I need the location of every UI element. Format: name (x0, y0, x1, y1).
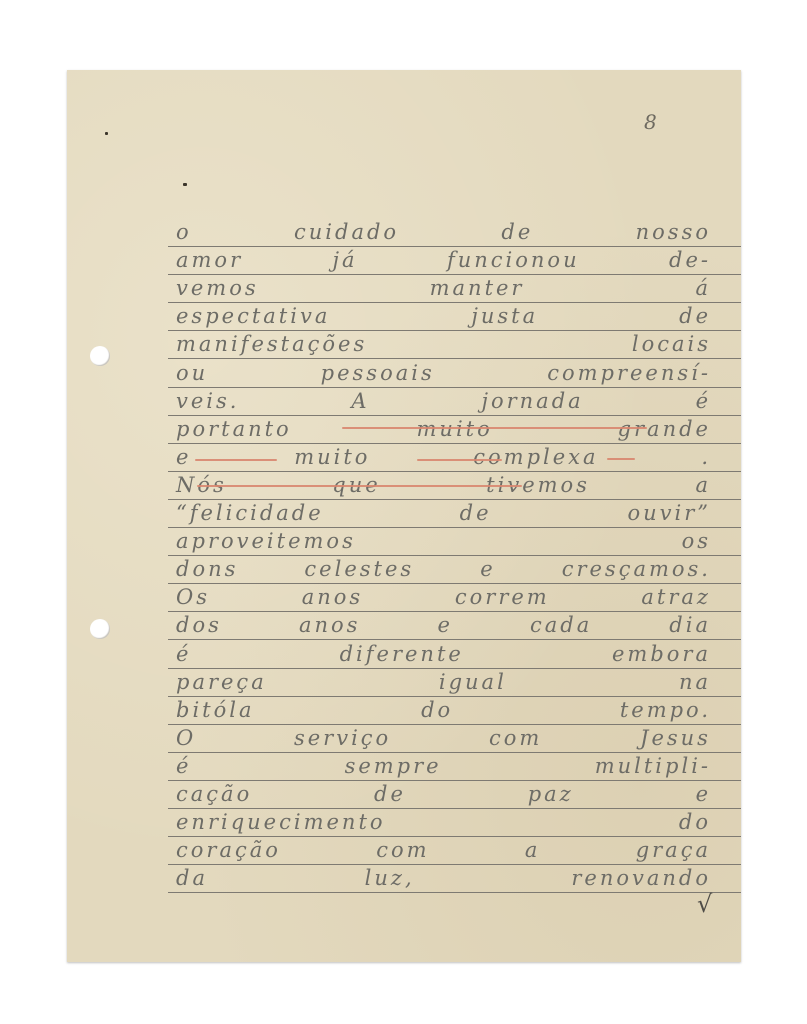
handwritten-word: e (696, 782, 711, 806)
handwritten-word: é (696, 389, 711, 413)
handwritten-word: complexa (473, 445, 598, 469)
handwritten-word: justa (471, 304, 538, 328)
handwritten-word: amor (176, 248, 243, 272)
handwritten-word: embora (612, 642, 711, 666)
handwritten-word: A (351, 389, 369, 413)
handwritten-word: ouvir” (627, 501, 711, 525)
handwritten-word: de (679, 304, 711, 328)
text-line: “felicidadedeouvir” (168, 499, 741, 528)
handwritten-word: “felicidade (176, 501, 324, 525)
text-line: enriquecimentodo (168, 808, 741, 837)
handwritten-word: celestes (304, 557, 414, 581)
handwritten-word: O (176, 726, 196, 750)
handwritten-word: . (701, 445, 711, 469)
handwritten-word: os (682, 529, 711, 553)
handwritten-word: coração (176, 838, 281, 862)
text-line: daluz,renovando (168, 864, 741, 893)
handwritten-word: e (176, 445, 191, 469)
handwritten-word: de (374, 782, 406, 806)
handwritten-word: do (421, 698, 453, 722)
handwritten-word: aproveitemos (176, 529, 356, 553)
text-line: portantomuitogrande (168, 415, 741, 444)
handwritten-word: com (489, 726, 542, 750)
handwritten-word: sempre (345, 754, 442, 778)
handwritten-line: coraçãocomagraça (176, 838, 711, 862)
text-line: dosanosecadadia (168, 611, 741, 640)
handwritten-word: veis. (176, 389, 239, 413)
handwritten-word: paz (528, 782, 574, 806)
red-underline-muito (417, 459, 502, 461)
handwritten-word: dos (176, 613, 222, 637)
handwritten-word: diferente (340, 642, 464, 666)
handwritten-line: Osanoscorrematraz (176, 585, 711, 609)
check-mark: √ (697, 890, 712, 918)
handwritten-word: cresçamos. (562, 557, 711, 581)
handwritten-word: cuidado (294, 220, 399, 244)
handwritten-word: a (695, 473, 711, 497)
handwritten-line: vemosmanterá (176, 276, 711, 300)
text-line: aproveitemosos (168, 527, 741, 556)
handwritten-word: manter (430, 276, 525, 300)
handwritten-word: cação (176, 782, 252, 806)
handwritten-word: graça (636, 838, 711, 862)
handwritten-word: da (176, 866, 208, 890)
handwritten-line: bitóladotempo. (176, 698, 711, 722)
handwritten-word: serviço (294, 726, 391, 750)
manuscript-page: 8 ocuidadodenossoamorjáfuncionoude-vemos… (67, 70, 741, 962)
text-line: ocuidadodenosso (168, 218, 741, 247)
handwritten-word: de (460, 501, 492, 525)
red-underline-jornada (342, 427, 647, 429)
handwritten-line: emuitocomplexa. (176, 445, 711, 469)
handwritten-word: com (376, 838, 429, 862)
text-line: OserviçocomJesus (168, 724, 741, 753)
handwritten-word: Os (176, 585, 210, 609)
handwritten-line: caçãodepaze (176, 782, 711, 806)
handwritten-word: o (176, 220, 192, 244)
handwritten-word: funcionou (447, 248, 580, 272)
handwritten-word: do (679, 810, 711, 834)
handwritten-word: dons (176, 557, 238, 581)
text-line: caçãodepaze (168, 780, 741, 809)
handwritten-word: vemos (176, 276, 259, 300)
text-line: donscelestesecresçamos. (168, 555, 741, 584)
text-line: vemosmanterá (168, 274, 741, 303)
red-underline-grande (607, 458, 635, 460)
handwritten-word: já (333, 248, 358, 272)
handwritten-word: pareça (176, 670, 267, 694)
handwritten-word: muito (294, 445, 370, 469)
handwritten-word: multipli- (595, 754, 711, 778)
text-line: bitóladotempo. (168, 696, 741, 725)
text-line: coraçãocomagraça (168, 836, 741, 865)
handwritten-word: cada (530, 613, 592, 637)
handwritten-line: donscelestesecresçamos. (176, 557, 711, 581)
handwritten-word: anos (302, 585, 363, 609)
handwritten-line: veis.Ajornadaé (176, 389, 711, 413)
handwritten-word: igual (439, 670, 507, 694)
text-line: oupessoaiscompreensí- (168, 359, 741, 388)
binder-hole-bottom (90, 619, 110, 639)
red-underline-portanto (195, 459, 277, 461)
handwritten-word: dia (669, 613, 711, 637)
handwritten-word: de (501, 220, 533, 244)
handwritten-word: a (525, 838, 541, 862)
text-line: espectativajustade (168, 302, 741, 331)
text-line: manifestaçõeslocais (168, 330, 741, 359)
handwritten-word: Jesus (640, 726, 711, 750)
handwritten-line: daluz,renovando (176, 866, 711, 890)
handwritten-word: correm (455, 585, 550, 609)
handwritten-word: de- (669, 248, 711, 272)
handwritten-line: espectativajustade (176, 304, 711, 328)
handwritten-word: enriquecimento (176, 810, 386, 834)
handwritten-word: espectativa (176, 304, 330, 328)
handwritten-word: manifestações (176, 332, 367, 356)
handwritten-word: anos (299, 613, 360, 637)
handwritten-word: na (679, 670, 711, 694)
handwritten-line: pareçaigualna (176, 670, 711, 694)
red-underline-muito-complexa (197, 485, 522, 487)
text-line: emuitocomplexa. (168, 443, 741, 472)
text-line: veis.Ajornadaé (168, 387, 741, 416)
handwritten-word: é (176, 754, 191, 778)
handwritten-word: luz, (365, 866, 415, 890)
handwritten-word: atraz (641, 585, 711, 609)
handwritten-word: renovando (571, 866, 711, 890)
handwritten-word: compreensí- (547, 361, 711, 385)
handwritten-word: locais (632, 332, 711, 356)
ruled-text-area: ocuidadodenossoamorjáfuncionoude-vemosma… (168, 70, 741, 962)
handwritten-word: e (437, 613, 452, 637)
handwritten-word: jornada (481, 389, 583, 413)
text-line: pareçaigualna (168, 668, 741, 697)
handwritten-line: OserviçocomJesus (176, 726, 711, 750)
handwritten-line: édiferenteembora (176, 642, 711, 666)
handwritten-word: á (695, 276, 711, 300)
handwritten-line: ésempremultipli- (176, 754, 711, 778)
handwritten-word: pessoais (321, 361, 435, 385)
handwritten-line: “felicidadedeouvir” (176, 501, 711, 525)
handwritten-line: oupessoaiscompreensí- (176, 361, 711, 385)
binder-hole-top (90, 346, 110, 366)
text-line: édiferenteembora (168, 640, 741, 669)
ink-speck (105, 132, 108, 135)
handwritten-word: portanto (176, 417, 292, 441)
handwritten-word: é (176, 642, 191, 666)
handwritten-line: enriquecimentodo (176, 810, 711, 834)
text-line: Osanoscorrematraz (168, 583, 741, 612)
handwritten-line: aproveitemosos (176, 529, 711, 553)
handwritten-word: tempo. (620, 698, 711, 722)
text-line: ésempremultipli- (168, 752, 741, 781)
handwritten-word: e (480, 557, 495, 581)
handwritten-line: dosanosecadadia (176, 613, 711, 637)
handwritten-line: manifestaçõeslocais (176, 332, 711, 356)
handwritten-word: ou (176, 361, 208, 385)
handwritten-line: amorjáfuncionoude- (176, 248, 711, 272)
handwritten-line: ocuidadodenosso (176, 220, 711, 244)
handwritten-word: bitóla (176, 698, 254, 722)
text-line: amorjáfuncionoude- (168, 246, 741, 275)
handwritten-word: nosso (636, 220, 711, 244)
